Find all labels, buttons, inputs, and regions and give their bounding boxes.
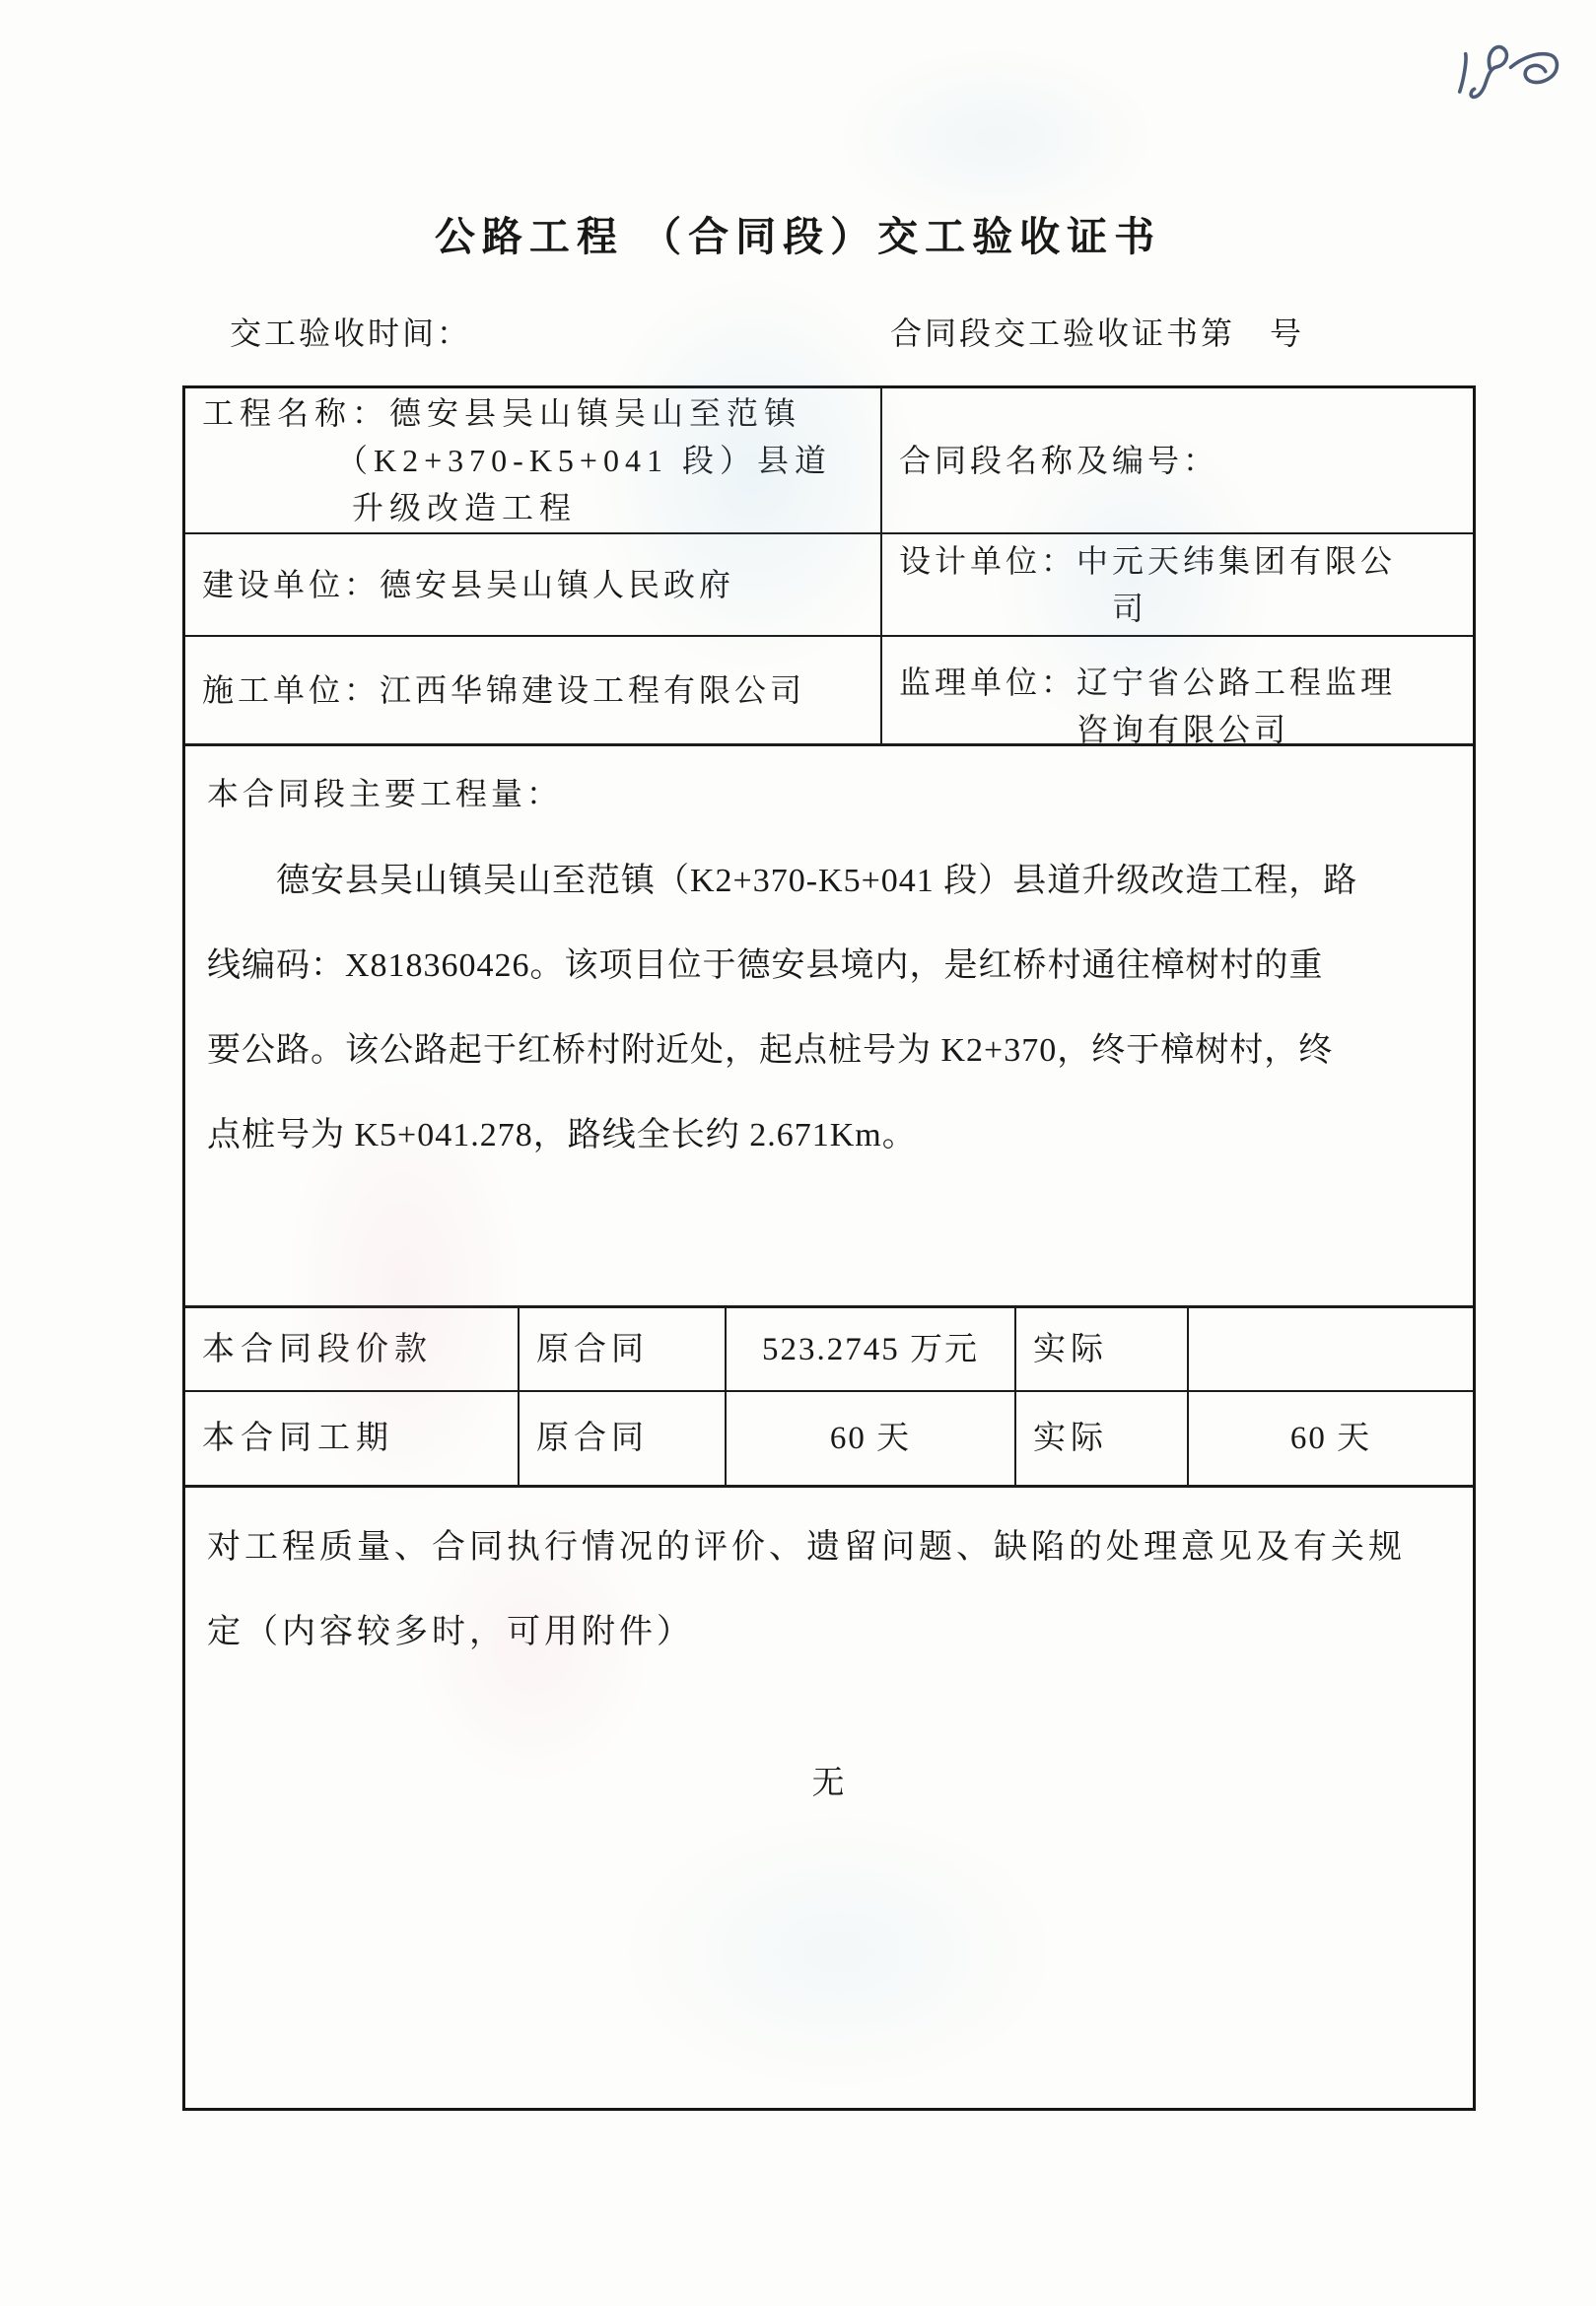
contractor-unit-text: 施工单位：江西华锦建设工程有限公司 (202, 666, 805, 714)
contract-duration-label: 本合同工期 (185, 1392, 518, 1485)
evaluation-cell: 对工程质量、合同执行情况的评价、遗留问题、缺陷的处理意见及有关规 定（内容较多时… (185, 1488, 1473, 2108)
acceptance-time-label: 交工验收时间： (230, 309, 471, 354)
contract-price-row: 本合同段价款 原合同 523.2745 万元 实际 (185, 1305, 1473, 1390)
contract-section-text: 合同段名称及编号： (899, 437, 1218, 484)
contract-price-original-label-text: 原合同 (536, 1326, 649, 1373)
main-quantities-paragraph: 德安县吴山镇吴山至范镇（K2+370-K5+041 段）县道升级改造工程，路 线… (207, 839, 1451, 1178)
contract-duration-original-label-text: 原合同 (536, 1415, 649, 1462)
owner-unit-text: 建设单位：德安县吴山镇人民政府 (202, 561, 734, 608)
contract-duration-row: 本合同工期 原合同 60 天 实际 60 天 (185, 1390, 1473, 1485)
evaluation-label: 对工程质量、合同执行情况的评价、遗留问题、缺陷的处理意见及有关规 定（内容较多时… (207, 1505, 1451, 1675)
design-unit-text: 设计单位：中元天纬集团有限公 司 (899, 537, 1396, 632)
table-row: 施工单位：江西华锦建设工程有限公司 监理单位：辽宁省公路工程监理 咨询有限公司 (185, 635, 1473, 743)
owner-unit-cell: 建设单位：德安县吴山镇人民政府 (185, 534, 880, 635)
table-row: 建设单位：德安县吴山镇人民政府 设计单位：中元天纬集团有限公 司 (185, 532, 1473, 635)
contract-duration-actual-label: 实际 (1014, 1392, 1187, 1485)
contract-price-original-label: 原合同 (518, 1308, 725, 1390)
document-page: 公路工程 （合同段）交工验收证书 交工验收时间： 合同段交工验收证书第 号 工程… (0, 0, 1596, 2306)
contract-price-label-text: 本合同段价款 (202, 1326, 433, 1373)
supervision-unit-text: 监理单位：辽宁省公路工程监理 咨询有限公司 (899, 659, 1396, 753)
supervision-unit-cell: 监理单位：辽宁省公路工程监理 咨询有限公司 (880, 637, 1473, 743)
contract-price-actual-label-text: 实际 (1033, 1326, 1108, 1373)
contract-section-cell: 合同段名称及编号： (880, 388, 1473, 532)
evaluation-content: 无 (207, 1760, 1451, 1807)
contract-duration-actual-label-text: 实际 (1033, 1415, 1108, 1462)
design-unit-cell: 设计单位：中元天纬集团有限公 司 (880, 534, 1473, 635)
main-quantities-row: 本合同段主要工程量： 德安县吴山镇吴山至范镇（K2+370-K5+041 段）县… (185, 743, 1473, 1305)
contractor-unit-cell: 施工单位：江西华锦建设工程有限公司 (185, 637, 880, 743)
table-row: 工程名称：德安县吴山镇吴山至范镇 （K2+370-K5+041 段）县道 升级改… (185, 388, 1473, 532)
page-title: 公路工程 （合同段）交工验收证书 (0, 0, 1596, 257)
handwriting-strokes (1377, 19, 1579, 137)
contract-duration-actual-value: 60 天 (1187, 1392, 1473, 1485)
project-name-text: 工程名称：德安县吴山镇吴山至范镇 （K2+370-K5+041 段）县道 升级改… (202, 389, 832, 531)
contract-price-actual-label: 实际 (1014, 1308, 1187, 1390)
project-name-cell: 工程名称：德安县吴山镇吴山至范镇 （K2+370-K5+041 段）县道 升级改… (185, 388, 880, 532)
contract-price-original-value: 523.2745 万元 (725, 1308, 1014, 1390)
main-quantities-label: 本合同段主要工程量： (207, 772, 1451, 815)
certificate-number-label: 合同段交工验收证书第 号 (890, 309, 1304, 354)
contract-duration-original-value: 60 天 (725, 1392, 1014, 1485)
evaluation-row: 对工程质量、合同执行情况的评价、遗留问题、缺陷的处理意见及有关规 定（内容较多时… (185, 1485, 1473, 2108)
handwritten-page-number (1377, 19, 1579, 137)
contract-duration-original-value-text: 60 天 (830, 1415, 911, 1462)
contract-duration-actual-value-text: 60 天 (1290, 1415, 1371, 1462)
contract-duration-label-text: 本合同工期 (202, 1415, 394, 1462)
contract-price-actual-value (1187, 1308, 1473, 1390)
certificate-table: 工程名称：德安县吴山镇吴山至范镇 （K2+370-K5+041 段）县道 升级改… (182, 385, 1476, 2111)
meta-row: 交工验收时间： 合同段交工验收证书第 号 (182, 309, 1476, 350)
contract-duration-original-label: 原合同 (518, 1392, 725, 1485)
contract-price-original-value-text: 523.2745 万元 (762, 1326, 979, 1373)
contract-price-label: 本合同段价款 (185, 1308, 518, 1390)
main-quantities-cell: 本合同段主要工程量： 德安县吴山镇吴山至范镇（K2+370-K5+041 段）县… (185, 746, 1473, 1305)
